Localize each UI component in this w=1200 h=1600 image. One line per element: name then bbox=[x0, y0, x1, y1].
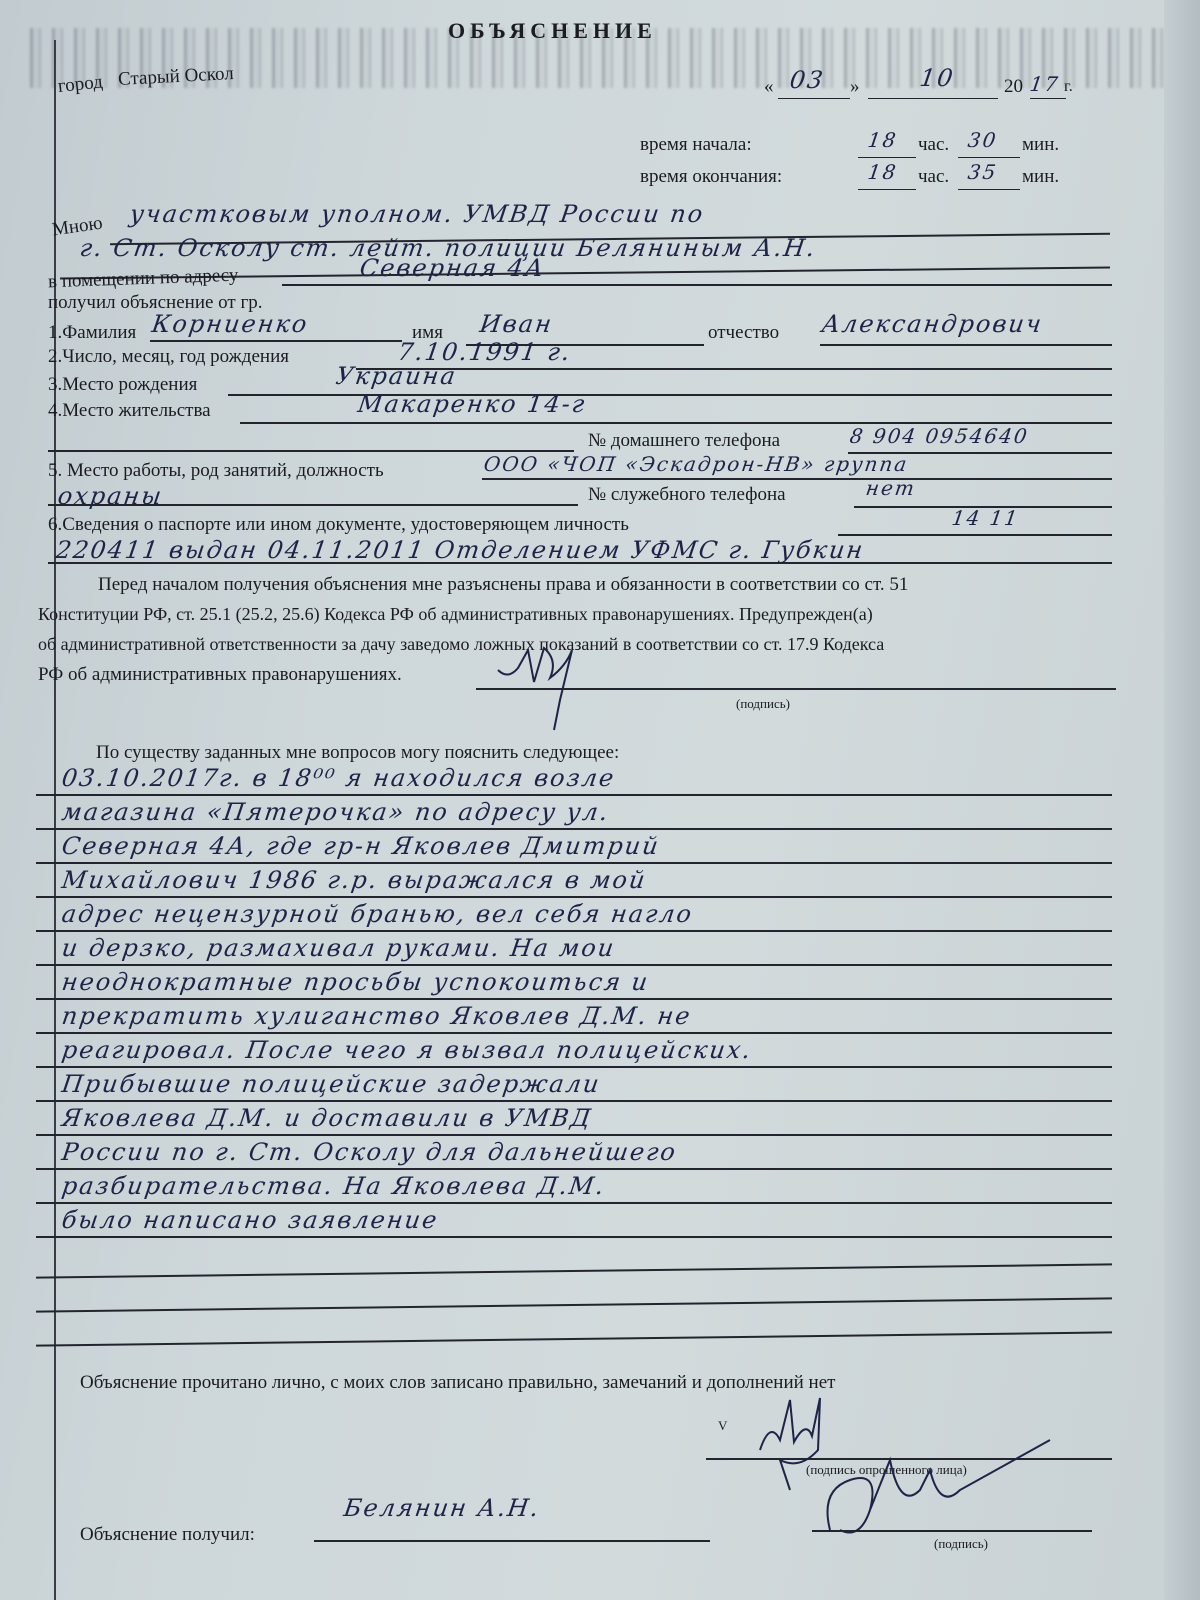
residence-value: Макаренко 14-г bbox=[356, 390, 588, 418]
date-open-quote: « bbox=[764, 76, 774, 98]
home-phone-label: № домашнего телефона bbox=[588, 430, 780, 452]
date-close-quote: » bbox=[850, 76, 860, 98]
surname-value: Корниенко bbox=[150, 310, 310, 338]
statement-line: 03.10.2017г. в 18⁰⁰ я находился возле bbox=[60, 764, 617, 792]
date-month-underline bbox=[868, 98, 998, 99]
statement-rule bbox=[36, 1032, 1112, 1034]
received-by-label: Объяснение получил: bbox=[80, 1524, 255, 1546]
officer-signature-caption: (подпись) bbox=[934, 1536, 988, 1552]
statement-rule bbox=[36, 998, 1112, 1000]
patronymic-underline bbox=[820, 344, 1112, 346]
statement-rule bbox=[36, 862, 1112, 864]
patronymic-value: Александрович bbox=[820, 310, 1045, 338]
confirmation-text: Объяснение прочитано лично, с моих слов … bbox=[80, 1372, 835, 1394]
statement-line: и дерзко, размахивал руками. На мои bbox=[60, 934, 617, 962]
statement-line: адрес нецензурной бранью, вел себя нагло bbox=[60, 900, 695, 928]
officer-line1: участковым уполном. УМВД России по bbox=[128, 200, 706, 228]
work-label: 5. Место работы, род занятий, должность bbox=[48, 460, 384, 482]
date-day: 03 bbox=[788, 66, 826, 94]
surname-underline bbox=[150, 340, 402, 342]
time-start-hours-unit: час. bbox=[918, 134, 949, 156]
passport-value: 220411 выдан 04.11.2011 Отделением УФМС … bbox=[54, 536, 866, 564]
statement-rule bbox=[36, 930, 1112, 932]
time-start-hours-underline bbox=[858, 157, 916, 158]
check-mark: V bbox=[718, 1418, 727, 1434]
statement-rule bbox=[36, 1066, 1112, 1068]
rights-line-2: Конституции РФ, ст. 25.1 (25.2, 25.6) Ко… bbox=[38, 604, 873, 625]
work-underline-2 bbox=[48, 504, 578, 506]
work-phone-value: нет bbox=[864, 476, 917, 500]
statement-line: реагировал. После чего я вызвал полицейс… bbox=[60, 1036, 754, 1064]
year-suffix: 17 bbox=[1028, 72, 1061, 96]
statement-rule bbox=[36, 1100, 1112, 1102]
time-end-hours: 18 bbox=[866, 160, 899, 184]
date-month: 10 bbox=[918, 64, 956, 92]
rights-line-3: об административной ответственности за д… bbox=[38, 634, 884, 655]
birthdate-underline bbox=[356, 368, 1112, 370]
time-end-minutes-underline bbox=[958, 189, 1020, 190]
statement-line: Яковлева Д.М. и доставили в УМВД bbox=[60, 1104, 594, 1132]
time-end-label: время окончания: bbox=[640, 166, 782, 188]
birthplace-label: 3.Место рождения bbox=[48, 374, 197, 396]
statement-rule bbox=[36, 1202, 1112, 1204]
time-start-minutes-unit: мин. bbox=[1022, 134, 1059, 156]
premises-underline bbox=[282, 284, 1112, 286]
time-end-minutes: 35 bbox=[966, 160, 999, 184]
received-by-underline bbox=[314, 1540, 710, 1542]
home-phone-value: 8 904 0954640 bbox=[848, 424, 1030, 448]
statement-line: неоднократные просьбы успокоиться и bbox=[60, 968, 651, 996]
statement-line: Прибывшие полицейские задержали bbox=[60, 1070, 602, 1098]
passport-underline-1 bbox=[838, 534, 1112, 536]
statement-line: России по г. Ст. Осколу для дальнейшего bbox=[60, 1138, 679, 1166]
statement-line: было написано заявление bbox=[60, 1206, 440, 1234]
time-end-hours-unit: час. bbox=[918, 166, 949, 188]
interviewee-signature-1 bbox=[488, 620, 608, 740]
year-unit: г. bbox=[1064, 78, 1073, 96]
officer-signature bbox=[810, 1430, 1070, 1550]
time-start-label: время начала: bbox=[640, 134, 752, 156]
passport-series-note: 14 11 bbox=[950, 506, 1021, 530]
statement-line: Михайлович 1986 г.р. выражался в мой bbox=[60, 866, 648, 894]
statement-line: разбирательства. На Яковлева Д.М. bbox=[60, 1172, 607, 1200]
rights-signature-caption: (подпись) bbox=[736, 696, 790, 712]
passport-underline-2 bbox=[48, 562, 1112, 564]
officer-signature-line bbox=[812, 1530, 1092, 1532]
rights-line-1: Перед началом получения объяснения мне р… bbox=[98, 574, 908, 596]
received-by-value: Белянин А.Н. bbox=[342, 1494, 542, 1522]
residence-label: 4.Место жительства bbox=[48, 400, 211, 422]
year-prefix: 20 bbox=[1004, 76, 1023, 98]
rights-line-4: РФ об административных правонарушениях. bbox=[38, 664, 402, 686]
work-value-line1: ООО «ЧОП «Эскадрон-НВ» группа bbox=[482, 452, 910, 476]
surname-label: 1.Фамилия bbox=[48, 322, 136, 344]
date-day-underline bbox=[778, 98, 850, 99]
document-title: ОБЪЯСНЕНИЕ bbox=[448, 18, 657, 44]
premises-value: Северная 4А bbox=[358, 254, 547, 282]
work-phone-label: № служебного телефона bbox=[588, 484, 786, 506]
time-start-hours: 18 bbox=[866, 128, 899, 152]
city-label: город bbox=[57, 71, 104, 98]
statement-line: магазина «Пятерочка» по адресу ул. bbox=[60, 798, 611, 826]
work-underline-1 bbox=[482, 478, 1112, 480]
patronymic-label: отчество bbox=[708, 322, 779, 344]
statement-line: прекратить хулиганство Яковлев Д.М. не bbox=[60, 1002, 694, 1030]
work-value-line2: охраны bbox=[56, 482, 165, 510]
statement-rule bbox=[36, 896, 1112, 898]
time-start-minutes: 30 bbox=[966, 128, 999, 152]
time-start-minutes-underline bbox=[958, 157, 1020, 158]
statement-rule bbox=[36, 1168, 1112, 1170]
passport-label: 6.Сведения о паспорте или ином документе… bbox=[48, 514, 629, 536]
time-end-minutes-unit: мин. bbox=[1022, 166, 1059, 188]
statement-line: Северная 4А, где гр-н Яковлев Дмитрий bbox=[60, 832, 662, 860]
birthdate-label: 2.Число, месяц, год рождения bbox=[48, 346, 289, 368]
year-underline bbox=[1030, 98, 1066, 99]
name-value: Иван bbox=[478, 310, 555, 338]
statement-rule bbox=[36, 828, 1112, 830]
birthplace-value: Украина bbox=[334, 362, 459, 390]
statement-intro: По существу заданных мне вопросов могу п… bbox=[96, 742, 619, 764]
page-edge-shadow bbox=[1164, 0, 1200, 1600]
statement-rule bbox=[36, 964, 1112, 966]
statement-rule bbox=[36, 794, 1112, 796]
time-end-hours-underline bbox=[858, 189, 916, 190]
statement-rule bbox=[36, 1236, 1112, 1238]
statement-rule bbox=[36, 1134, 1112, 1136]
